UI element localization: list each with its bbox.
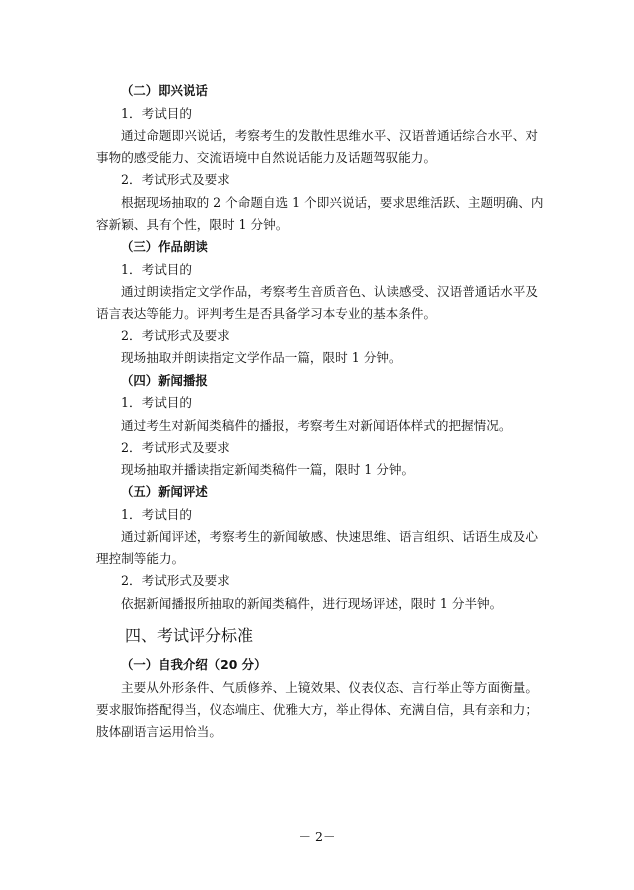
paragraph-line: 理控制等能力。 [96, 551, 538, 567]
section-heading-news-broadcast: （四）新闻播报 [121, 373, 563, 389]
item-label-format: 2．考试形式及要求 [121, 172, 563, 188]
paragraph-line: 语言表达等能力。评判考生是否具备学习本专业的基本条件。 [96, 306, 538, 322]
paragraph-line: 通过考生对新闻类稿件的播报，考察考生对新闻语体样式的把握情况。 [121, 418, 563, 434]
section-heading-news-commentary: （五）新闻评述 [121, 484, 563, 500]
item-label-purpose: 1．考试目的 [121, 262, 563, 278]
paragraph-line: 肢体副语言运用恰当。 [96, 724, 538, 740]
item-label-purpose: 1．考试目的 [121, 507, 563, 523]
section-heading-work-reading: （三）作品朗读 [121, 239, 563, 255]
paragraph-line: 主要从外形条件、气质修养、上镜效果、仪表仪态、言行举止等方面衡量。 [121, 680, 538, 696]
item-label-format: 2．考试形式及要求 [121, 440, 563, 456]
paragraph-line: 容新颖、具有个性，限时 1 分钟。 [96, 217, 538, 233]
page-number: － 2－ [0, 829, 634, 845]
paragraph-line: 事物的感受能力、交流语境中自然说话能力及话题驾驭能力。 [96, 150, 538, 166]
document-page: （二）即兴说话 1．考试目的 通过命题即兴说话，考察考生的发散性思维水平、汉语普… [0, 0, 634, 890]
item-label-format: 2．考试形式及要求 [121, 573, 563, 589]
subsection-heading-self-introduction: （一）自我介绍（20 分） [121, 657, 563, 673]
paragraph-line: 根据现场抽取的 2 个命题自选 1 个即兴说话，要求思维活跃、主题明确、内 [121, 195, 538, 211]
paragraph-line: 通过命题即兴说话，考察考生的发散性思维水平、汉语普通话综合水平、对 [121, 128, 538, 144]
item-label-purpose: 1．考试目的 [121, 106, 563, 122]
paragraph-line: 依据新闻播报所抽取的新闻类稿件，进行现场评述，限时 1 分半钟。 [121, 596, 563, 612]
paragraph-line: 现场抽取并播读指定新闻类稿件一篇，限时 1 分钟。 [121, 462, 563, 478]
paragraph-line: 要求服饰搭配得当，仪态端庄、优雅大方，举止得体、充满自信，具有亲和力； [96, 702, 538, 718]
section-heading-impromptu-speech: （二）即兴说话 [121, 83, 563, 99]
chapter-heading-scoring-criteria: 四、考试评分标准 [125, 626, 253, 646]
paragraph-line: 现场抽取并朗读指定文学作品一篇，限时 1 分钟。 [121, 350, 563, 366]
item-label-format: 2．考试形式及要求 [121, 328, 563, 344]
item-label-purpose: 1．考试目的 [121, 395, 563, 411]
paragraph-line: 通过朗读指定文学作品，考察考生音质音色、认读感受、汉语普通话水平及 [121, 284, 538, 300]
paragraph-line: 通过新闻评述，考察考生的新闻敏感、快速思维、语言组织、话语生成及心 [121, 529, 538, 545]
